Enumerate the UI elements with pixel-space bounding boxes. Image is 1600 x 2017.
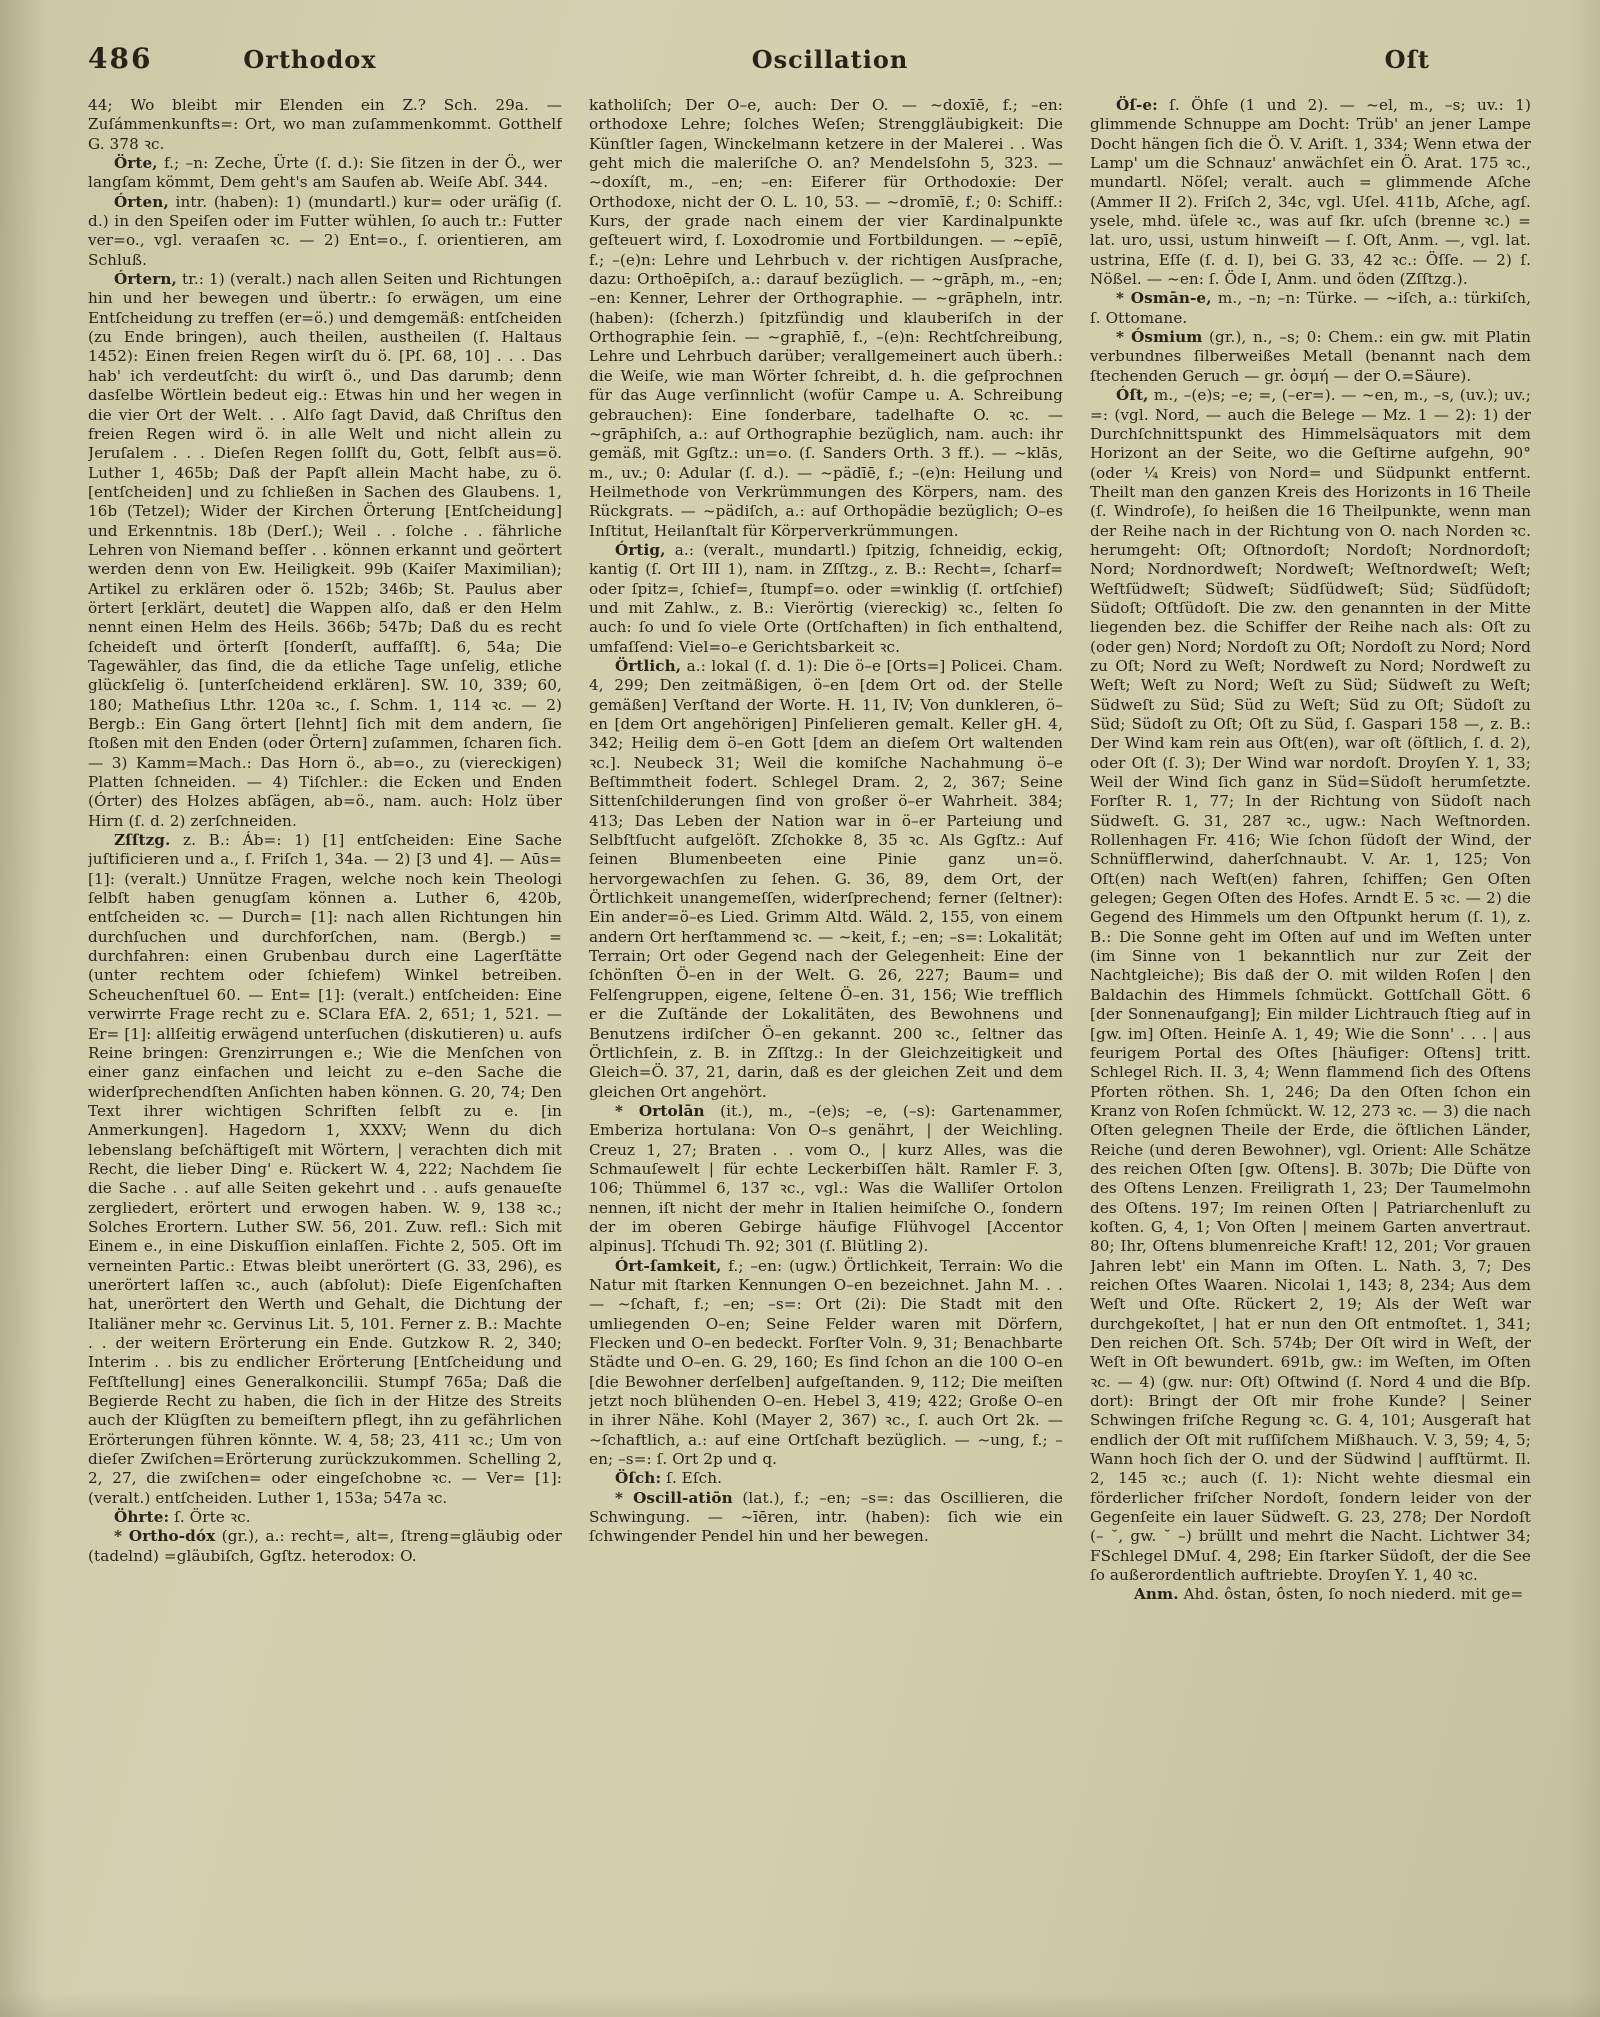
- dictionary-paragraph: Órt-ſamkeit, f.; –en: (ugw.) Örtlichkeit…: [589, 1257, 1063, 1470]
- dictionary-paragraph: Órtig, a.: (veralt., mundartl.) ſpitzig,…: [589, 541, 1063, 657]
- entry-body-text: 44; Wo bleibt mir Elenden ein Z.? Sch. 2…: [88, 96, 562, 153]
- entry-body-text: tr.: 1) (veralt.) nach allen Seiten und …: [88, 270, 562, 830]
- entry-headword: * Osmān-e,: [1116, 289, 1212, 307]
- text-column-1: 44; Wo bleibt mir Elenden ein Z.? Sch. 2…: [88, 96, 562, 1996]
- entry-headword: Óſt,: [1116, 386, 1148, 404]
- dictionary-paragraph: Öhrte: ſ. Örte ꝛc.: [88, 1508, 562, 1527]
- running-title-center: Oscillation: [700, 45, 960, 74]
- entry-body-text: katholiſch; Der O–e, auch: Der O. — ~dox…: [589, 96, 1063, 540]
- entry-headword: Anm.: [1134, 1585, 1179, 1603]
- entry-headword: Öſ-e:: [1116, 96, 1158, 114]
- dictionary-paragraph: Zſſtzg. z. B.: Áb=: 1) [1] entſcheiden: …: [88, 831, 562, 1508]
- running-title-left: Orthodox: [180, 45, 440, 74]
- dictionary-paragraph: * Ósmium (gr.), n., –s; 0: Chem.: ein gw…: [1090, 328, 1531, 386]
- entry-body-text: Ahd. ôstan, ôsten, ſo noch niederd. mit …: [1184, 1585, 1524, 1603]
- entry-headword: Zſſtzg.: [114, 831, 170, 849]
- page-edge-shadow-left: [0, 0, 46, 2017]
- entry-headword: Öſch:: [615, 1469, 661, 1487]
- entry-headword: * Ortho-dóx: [114, 1527, 215, 1545]
- entry-headword: Órt-ſamkeit,: [615, 1257, 721, 1275]
- text-column-3: Öſ-e: ſ. Öhſe (1 und 2). — ~el, m., –s; …: [1090, 96, 1531, 1996]
- entry-headword: * Ortolān: [615, 1102, 705, 1120]
- dictionary-paragraph: Örtlich, a.: lokal (ſ. d. 1): Die ö–e [O…: [589, 657, 1063, 1102]
- dictionary-paragraph: Anm. Ahd. ôstan, ôsten, ſo noch niederd.…: [1090, 1585, 1531, 1604]
- dictionary-paragraph: 44; Wo bleibt mir Elenden ein Z.? Sch. 2…: [88, 96, 562, 154]
- entry-headword: Órten,: [114, 193, 169, 211]
- dictionary-paragraph: katholiſch; Der O–e, auch: Der O. — ~dox…: [589, 96, 1063, 541]
- dictionary-paragraph: Öſch: ſ. Eſch.: [589, 1469, 1063, 1488]
- text-column-2: katholiſch; Der O–e, auch: Der O. — ~dox…: [589, 96, 1063, 1996]
- entry-body-text: a.: lokal (ſ. d. 1): Die ö–e [Orts=] Pol…: [589, 657, 1063, 1101]
- page-edge-shadow-right: [1570, 0, 1600, 2017]
- entry-body-text: ſ. Öhſe (1 und 2). — ~el, m., –s; uv.: 1…: [1090, 96, 1531, 288]
- entry-headword: Öhrte:: [114, 1508, 169, 1526]
- entry-body-text: f.; –en: (ugw.) Örtlichkeit, Terrain: Wo…: [589, 1257, 1063, 1468]
- entry-body-text: ſ. Eſch.: [666, 1469, 722, 1487]
- entry-headword: Örte,: [114, 154, 158, 172]
- dictionary-paragraph: Óſt, m., –(e)s; –e; =, (–er=). — ~en, m.…: [1090, 386, 1531, 1585]
- dictionary-paragraph: * Ortolān (it.), m., –(e)s; –e, (–s): Ga…: [589, 1102, 1063, 1257]
- entry-headword: Órtig,: [615, 541, 666, 559]
- entry-headword: Örtlich,: [615, 657, 681, 675]
- entry-body-text: ſ. Örte ꝛc.: [174, 1508, 251, 1526]
- entry-body-text: f.; –n: Zeche, Ürte (ſ. d.): Sie ſitzen …: [88, 154, 562, 191]
- dictionary-paragraph: Örte, f.; –n: Zeche, Ürte (ſ. d.): Sie ſ…: [88, 154, 562, 193]
- running-title-right: Oſt: [1385, 45, 1430, 74]
- page-body: 44; Wo bleibt mir Elenden ein Z.? Sch. 2…: [88, 96, 1531, 1996]
- entry-body-text: z. B.: Áb=: 1) [1] entſcheiden: Eine Sac…: [88, 831, 562, 1507]
- dictionary-paragraph: * Ortho-dóx (gr.), a.: recht=, alt=, ſtr…: [88, 1527, 562, 1566]
- entry-headword: Órtern,: [114, 270, 177, 288]
- entry-body-text: m., –(e)s; –e; =, (–er=). — ~en, m., –s,…: [1090, 386, 1531, 1584]
- dictionary-paragraph: Órtern, tr.: 1) (veralt.) nach allen Sei…: [88, 270, 562, 831]
- entry-headword: * Oscill-atiōn: [615, 1489, 733, 1507]
- page-number: 486: [88, 42, 152, 75]
- dictionary-paragraph: * Osmān-e, m., –n; –n: Türke. — ~iſch, a…: [1090, 289, 1531, 328]
- dictionary-paragraph: * Oscill-atiōn (lat.), f.; –en; –s=: das…: [589, 1489, 1063, 1547]
- dictionary-paragraph: Órten, intr. (haben): 1) (mundartl.) kur…: [88, 193, 562, 270]
- entry-headword: * Ósmium: [1116, 328, 1202, 346]
- dictionary-page: 486 Orthodox Oscillation Oſt 44; Wo blei…: [0, 0, 1600, 2017]
- dictionary-paragraph: Öſ-e: ſ. Öhſe (1 und 2). — ~el, m., –s; …: [1090, 96, 1531, 289]
- entry-body-text: (it.), m., –(e)s; –e, (–s): Gartenammer,…: [589, 1102, 1063, 1255]
